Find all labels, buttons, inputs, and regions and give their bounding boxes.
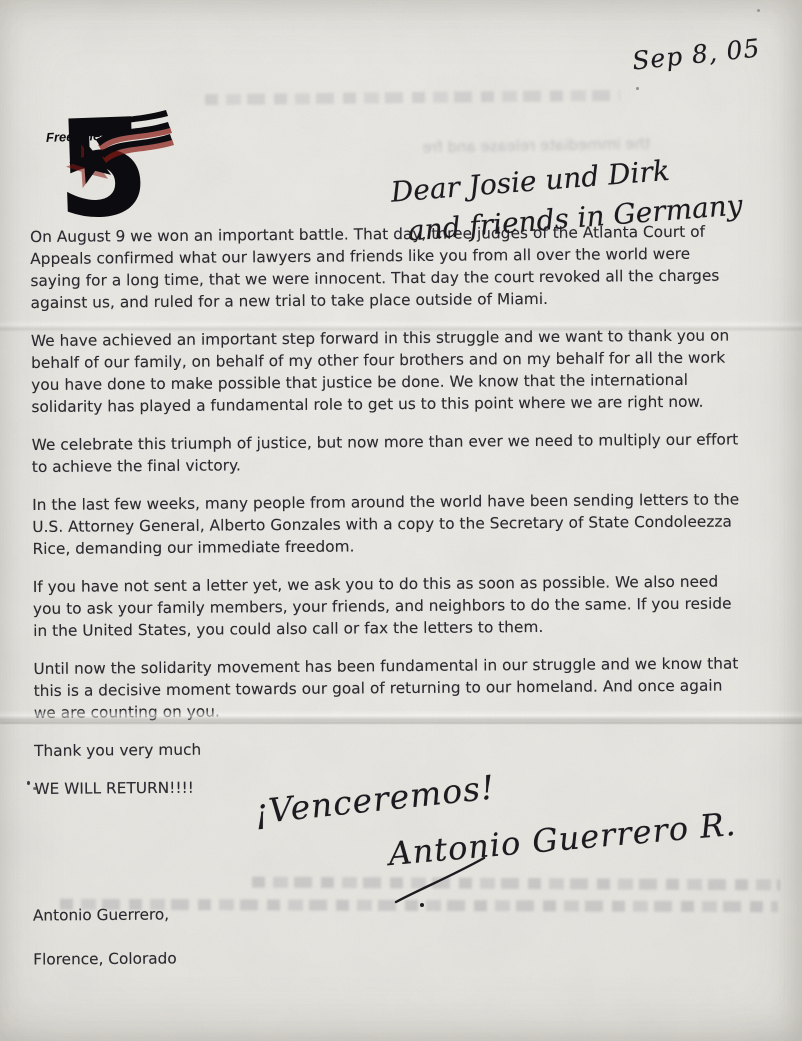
closing-thanks: Thank you very much xyxy=(34,734,779,762)
flag-waves-icon xyxy=(90,106,178,164)
scan-speck xyxy=(33,787,37,790)
handwritten-date: Sep 8, 05 xyxy=(631,33,762,75)
signature-flourish xyxy=(392,856,492,908)
letter-body: On August 9 we won an important battle. … xyxy=(30,220,779,800)
scan-speck xyxy=(757,9,760,12)
handwritten-greeting: Dear Josie und Dirk and friends in Germa… xyxy=(386,103,747,296)
free-the-five-logo: Free The 5 xyxy=(40,96,210,246)
bleedthrough-smudge xyxy=(205,90,620,105)
body-paragraph: If you have not sent a letter yet, we as… xyxy=(33,570,778,642)
sender-block: Antonio Guerrero, Florence, Colorado xyxy=(33,881,177,970)
body-paragraph: Until now the solidarity movement has be… xyxy=(33,652,778,724)
body-paragraph: We have achieved an important step forwa… xyxy=(31,324,777,418)
body-paragraph: We celebrate this triumph of justice, bu… xyxy=(32,428,777,478)
sender-name: Antonio Guerrero, xyxy=(33,905,169,924)
scan-speck xyxy=(636,87,639,90)
bleedthrough-smudge xyxy=(252,877,780,891)
scan-speck xyxy=(27,781,30,785)
sender-location: Florence, Colorado xyxy=(33,949,177,968)
body-paragraph: In the last few weeks, many people from … xyxy=(32,488,777,560)
scanned-letter-page: the immediate release and fre Sep 8, 05 … xyxy=(0,0,802,1041)
